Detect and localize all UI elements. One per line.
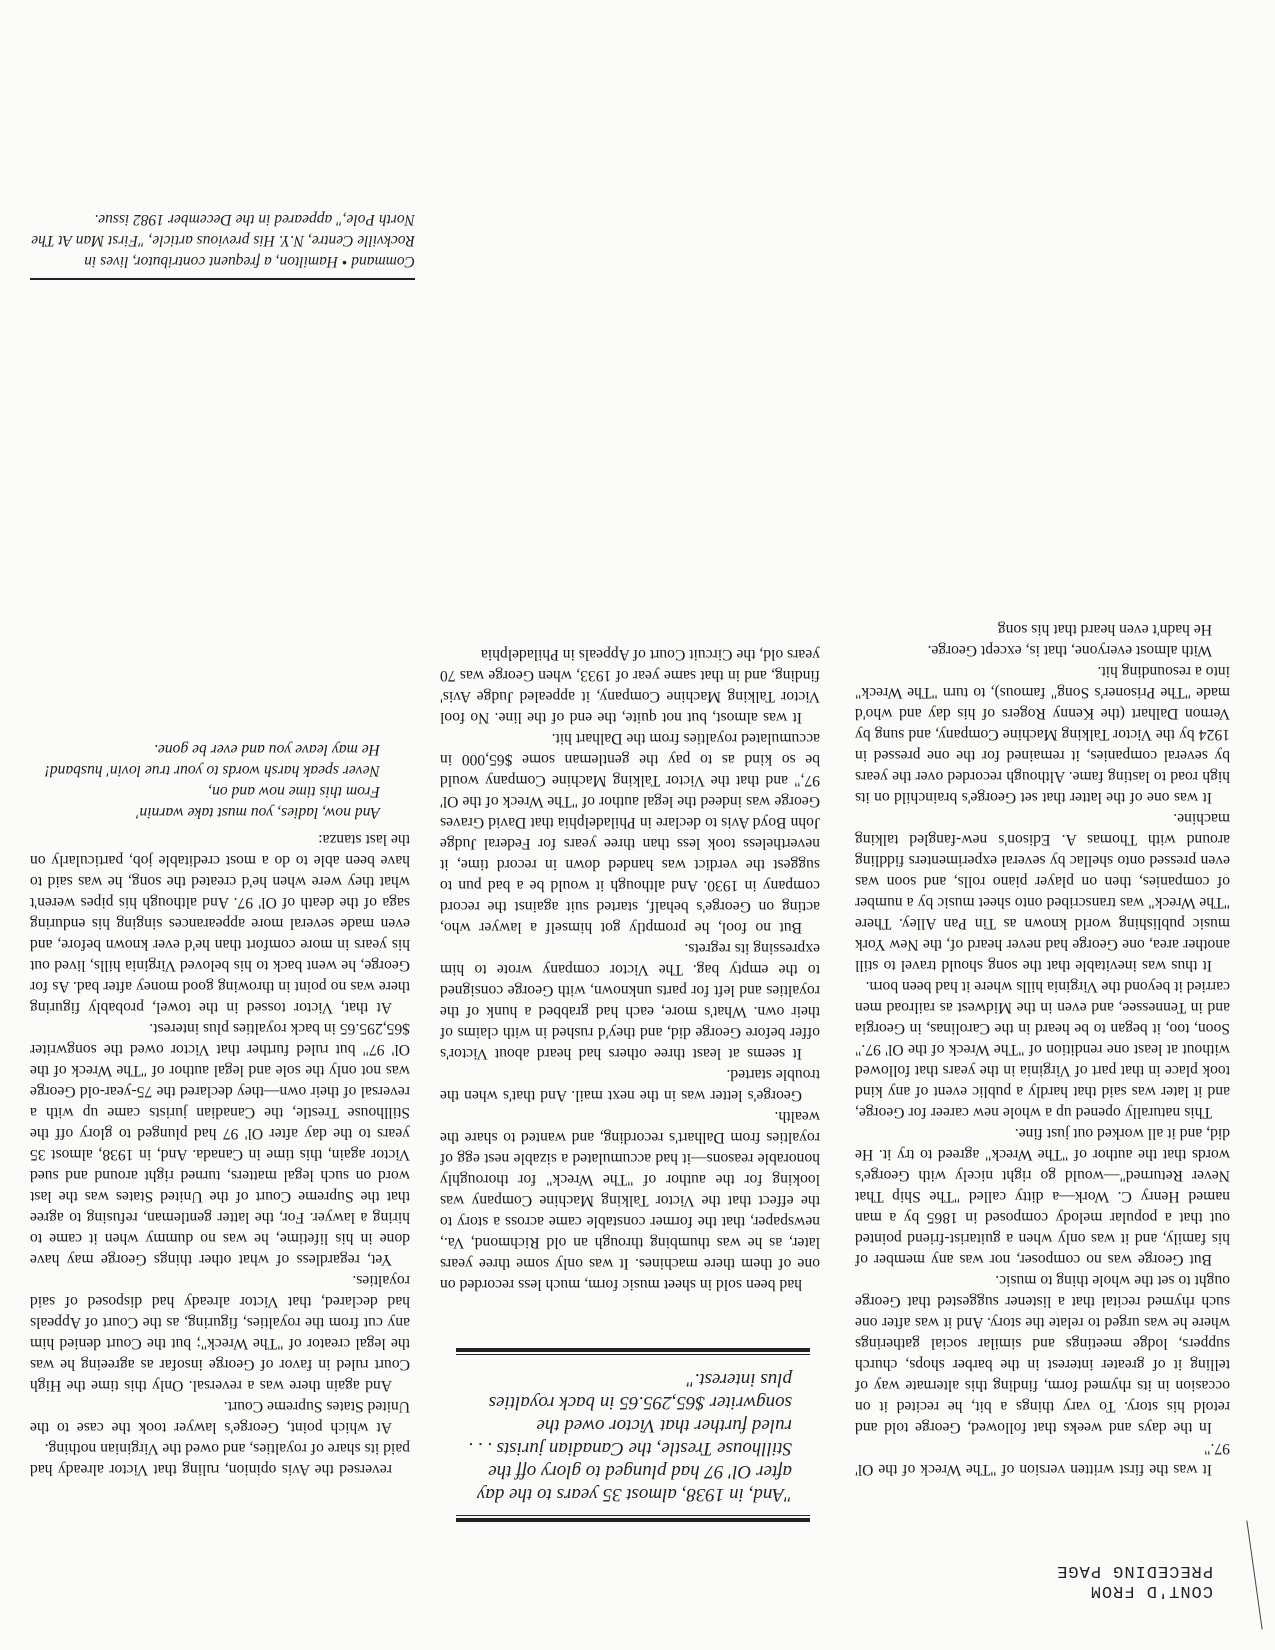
paragraph: He hadn't even heard that his song [855,619,1230,640]
column-3: reversed the Avis opinion, ruling that V… [30,739,410,1480]
paragraph: And again there was a reversal. Only thi… [30,1270,410,1396]
paragraph: But George was no composer, nor was any … [855,1123,1230,1270]
paragraph: It was one of the latter that set George… [855,661,1230,808]
stamp-line-1: CONT'D FROM [1056,1580,1213,1600]
poem-line: He may leave you and ever be gone. [30,739,380,760]
paragraph: In the days and weeks that followed, Geo… [855,1270,1230,1438]
column-1: It was the first written version of "The… [855,619,1230,1480]
poem-stanza: And now, ladies, you must take warnin' F… [30,739,380,823]
poem-line: From this time now and on, [30,781,380,802]
paragraph: At that, Victor tossed in the towel, pro… [30,829,410,1018]
paragraph: This naturally opened up a whole new car… [855,976,1230,1123]
paragraph: had been sold in sheet music form, much … [440,1106,820,1295]
bio-text: Command • Hamilton, a frequent contribut… [31,211,415,270]
paragraph: With almost everyone, that is, except Ge… [855,640,1230,661]
paragraph: reversed the Avis opinion, ruling that V… [30,1438,410,1480]
page-edge-mark [1246,1520,1262,1629]
pull-quote-text: "And, in 1938, almost 35 years to the da… [462,1368,792,1506]
paragraph: It was the first written version of "The… [855,1438,1230,1480]
poem-line: Never speak harsh words to your true lov… [30,760,380,781]
column-2: had been sold in sheet music form, much … [440,644,820,1295]
paragraph: It was almost, but not quite, the end of… [440,644,820,728]
author-bio: Command • Hamilton, a frequent contribut… [30,209,415,280]
pull-quote: "And, in 1938, almost 35 years to the da… [456,1348,810,1522]
stamp-line-2: PRECEDING PAGE [1056,1560,1213,1580]
paragraph: Yet, regardless of what other things Geo… [30,1018,410,1270]
poem-line: And now, ladies, you must take warnin' [30,802,380,823]
paragraph: But no fool, he promptly got himself a l… [440,728,820,938]
paragraph: It thus was inevitable that the song sho… [855,808,1230,976]
paragraph: It seems at least three others had heard… [440,938,820,1064]
scanned-page: CONT'D FROM PRECEDING PAGE It was the fi… [0,0,1275,1650]
continued-stamp: CONT'D FROM PRECEDING PAGE [1056,1560,1213,1600]
paragraph: George's letter was in the next mail. An… [440,1064,820,1106]
paragraph: At which point, George's lawyer took the… [30,1396,410,1438]
